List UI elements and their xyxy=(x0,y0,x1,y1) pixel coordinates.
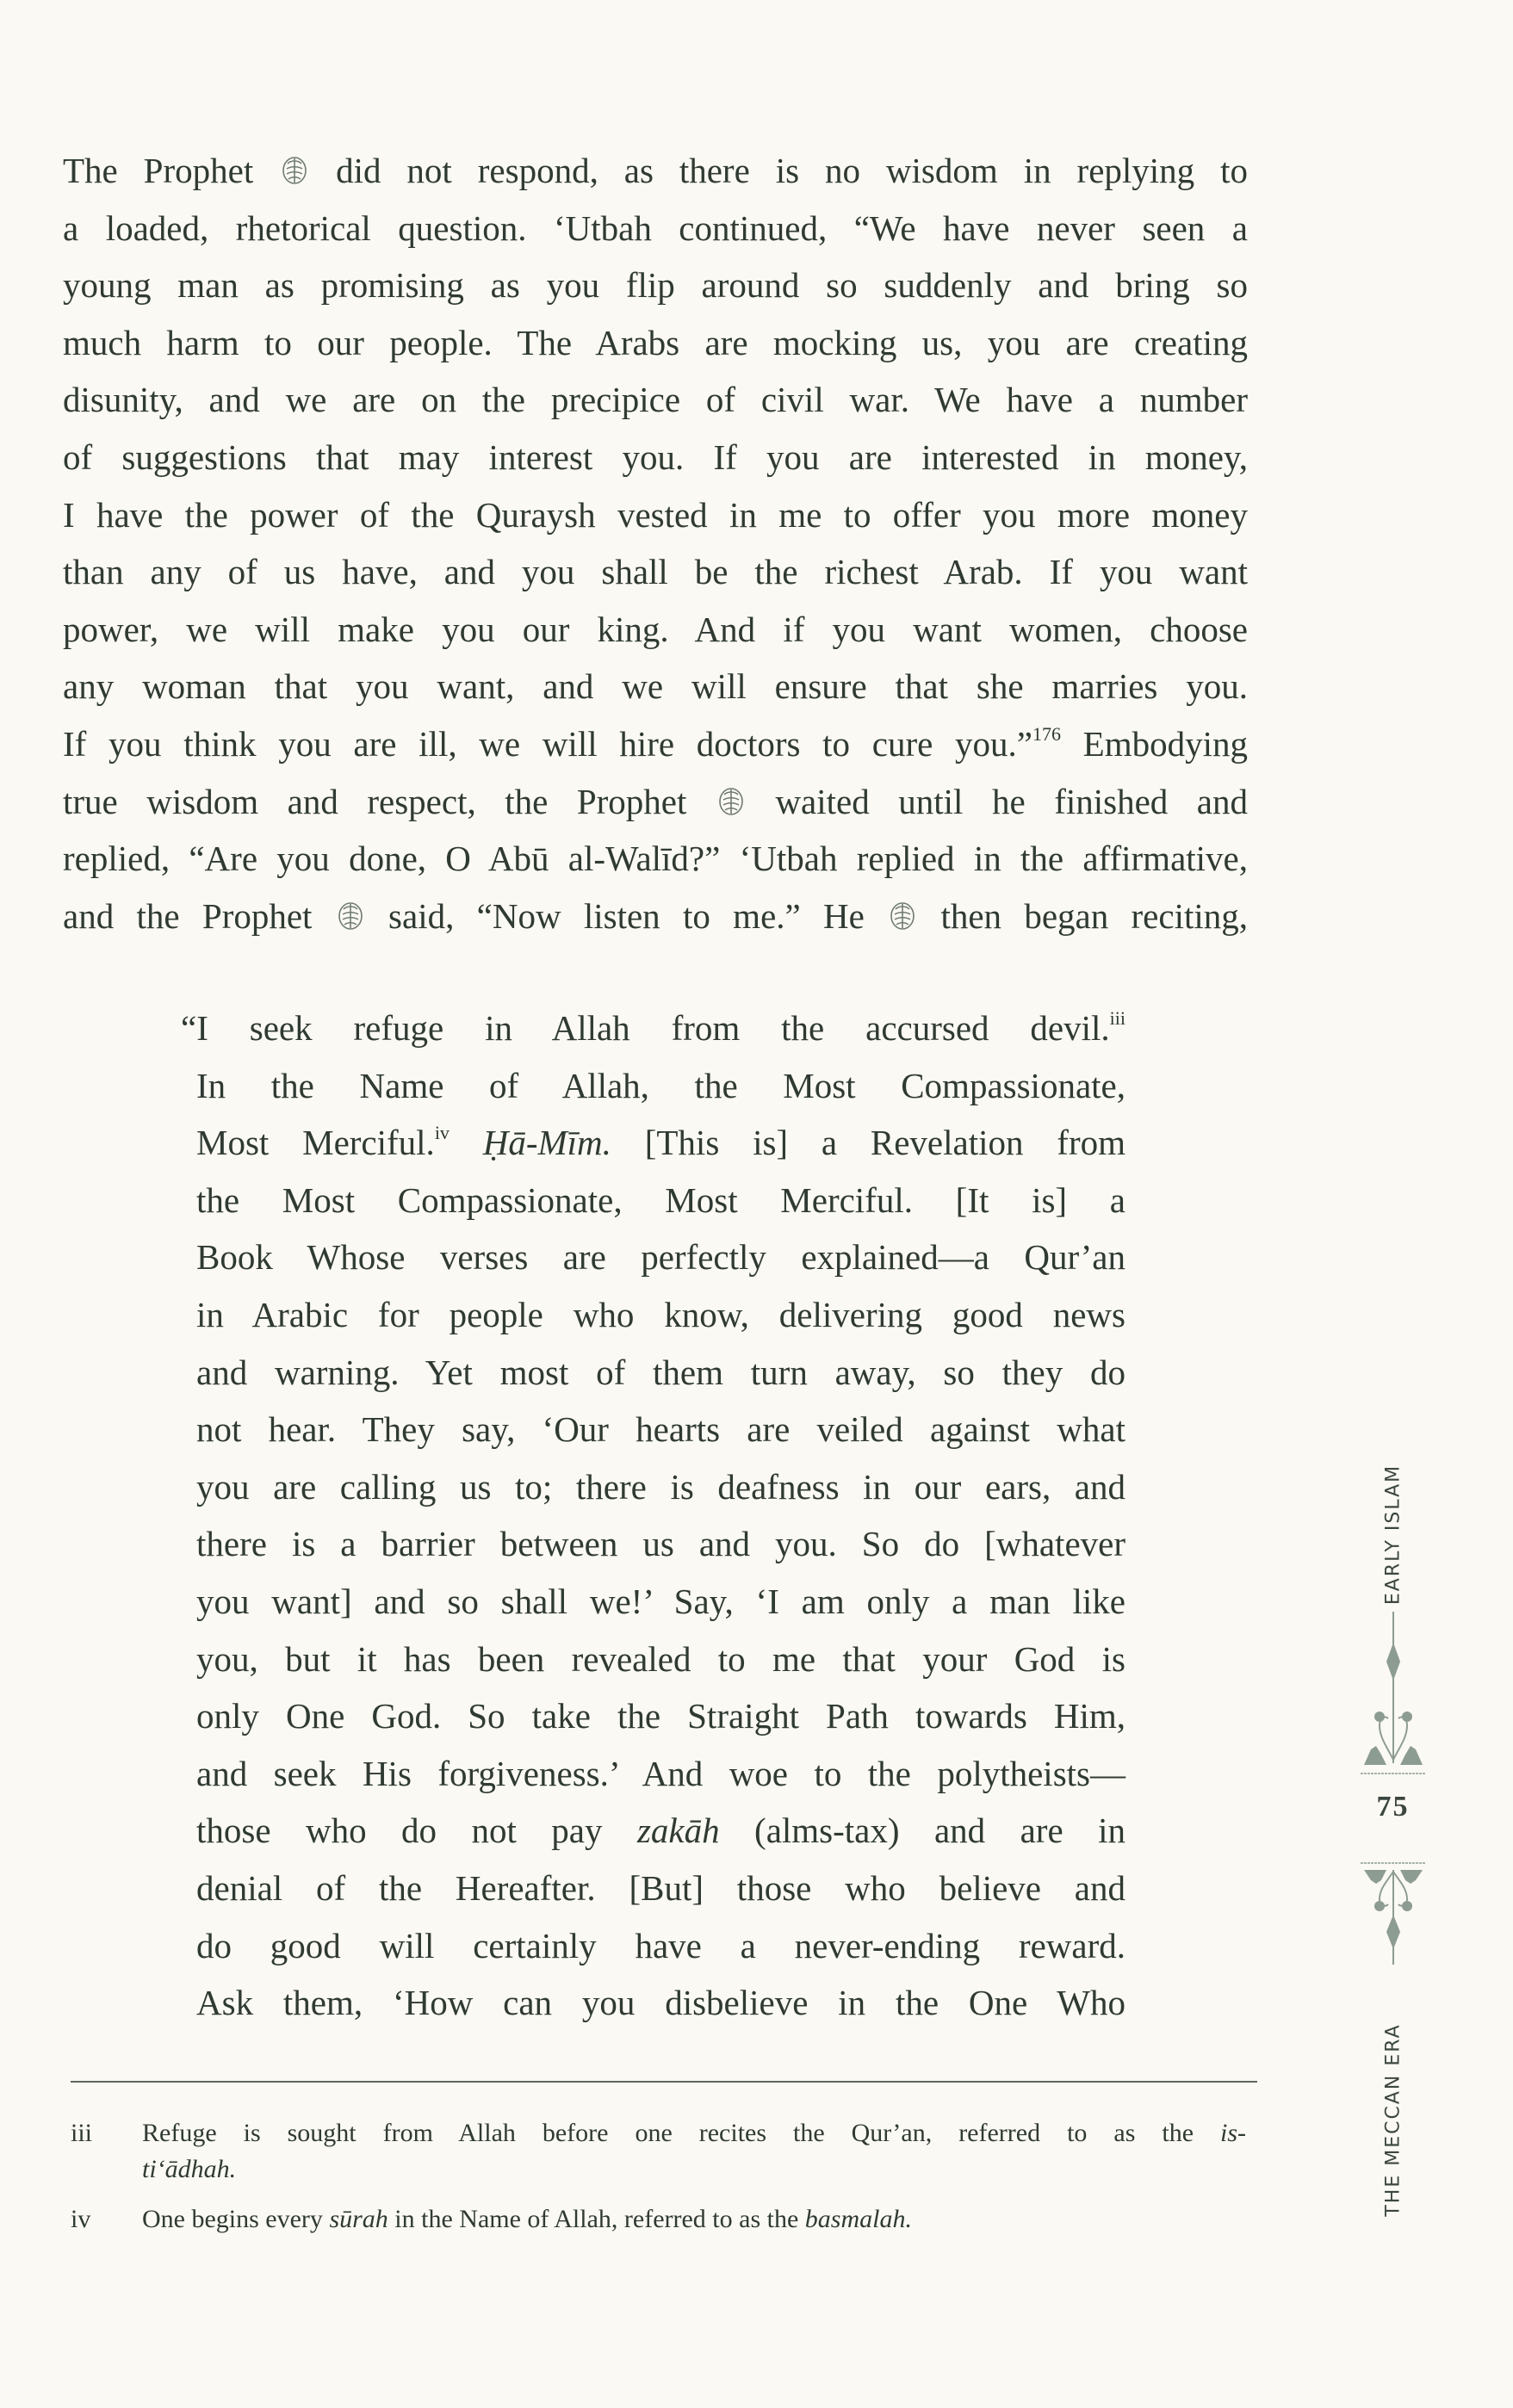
text-run: a loaded, rhetorical question. ‘Utbah co… xyxy=(63,208,1248,248)
quote-line: you want] and so shall we!’ Say, ‘I am o… xyxy=(181,1573,1125,1631)
text-run: Most Merciful. xyxy=(196,1123,435,1162)
footnote-marker: iii xyxy=(71,2115,142,2188)
text-run: and warning. Yet most of them turn away,… xyxy=(196,1353,1125,1392)
italic-term: sūrah xyxy=(329,2205,388,2233)
text-run xyxy=(450,1123,483,1162)
text-run: you want] and so shall we!’ Say, ‘I am o… xyxy=(196,1582,1125,1621)
text-run: not hear. They say, ‘Our hearts are veil… xyxy=(196,1409,1125,1449)
italic-term: basmalah. xyxy=(805,2205,912,2233)
italic-term: Ḥā-Mīm. xyxy=(483,1123,611,1162)
quote-line: Book Whose verses are perfectly explaine… xyxy=(181,1229,1125,1286)
footnote-line: Refuge is sought from Allah before one r… xyxy=(142,2115,1246,2151)
text-line: If you think you are ill, we will hire d… xyxy=(63,715,1248,773)
text-run: in Arabic for people who know, deliverin… xyxy=(196,1295,1125,1334)
quote-line: not hear. They say, ‘Our hearts are veil… xyxy=(181,1401,1125,1458)
text-run: (alms-tax) and are in xyxy=(720,1811,1125,1850)
quote-line: In the Name of Allah, the Most Compassio… xyxy=(181,1057,1125,1115)
salawat-honorific-icon xyxy=(717,786,745,817)
text-run: In the Name of Allah, the Most Compassio… xyxy=(196,1066,1125,1105)
text-run: true wisdom and respect, the Prophet xyxy=(63,782,716,821)
text-line: disunity, and we are on the precipice of… xyxy=(63,371,1248,429)
text-run: said, “Now listen to me.” He xyxy=(388,896,887,936)
quote-line: and seek His forgiveness.’ And woe to th… xyxy=(181,1745,1125,1803)
body-paragraph: The Prophet did not respond, as there is… xyxy=(63,142,1248,944)
text-run: young man as promising as you flip aroun… xyxy=(63,265,1248,305)
text-line: a loaded, rhetorical question. ‘Utbah co… xyxy=(63,200,1248,257)
footnote-reference[interactable]: iv xyxy=(435,1122,450,1143)
text-run: waited until he finished and xyxy=(775,782,1248,821)
text-run: you, but it has been revealed to me that… xyxy=(196,1639,1125,1679)
page-number: 75 xyxy=(1356,1791,1429,1823)
text-line: I have the power of the Quraysh vested i… xyxy=(63,486,1248,544)
text-run: “I seek refuge in Allah from the accurse… xyxy=(181,1008,1110,1048)
text-run: only One God. So take the Straight Path … xyxy=(196,1696,1125,1736)
text-run: If you think you are ill, we will hire d… xyxy=(63,724,1032,764)
text-run: than any of us have, and you shall be th… xyxy=(63,552,1248,591)
text-run: in the Name of Allah, referred to as the xyxy=(388,2205,805,2233)
text-line: The Prophet did not respond, as there is… xyxy=(63,142,1248,200)
quote-line: the Most Compassionate, Most Merciful. [… xyxy=(181,1172,1125,1229)
footnote-text: Refuge is sought from Allah before one r… xyxy=(142,2115,1246,2188)
quote-line: Ask them, ‘How can you disbelieve in the… xyxy=(181,1974,1125,2032)
text-run: Ask them, ‘How can you disbelieve in the… xyxy=(196,1983,1125,2022)
text-run: there is a barrier between us and you. S… xyxy=(196,1524,1125,1563)
text-line: of suggestions that may interest you. If… xyxy=(63,429,1248,486)
text-run: of suggestions that may interest you. If… xyxy=(63,437,1248,477)
quran-quote-block: “I seek refuge in Allah from the accurse… xyxy=(181,1000,1125,2032)
text-run: One begins every xyxy=(142,2205,329,2233)
text-line: replied, “Are you done, O Abū al-Walīd?”… xyxy=(63,830,1248,888)
quote-line: those who do not pay zakāh (alms-tax) an… xyxy=(181,1802,1125,1860)
text-run: did not respond, as there is no wisdom i… xyxy=(336,151,1248,190)
section-label: EARLY ISLAM xyxy=(1382,1464,1404,1605)
footnote-item: iiiRefuge is sought from Allah before on… xyxy=(71,2115,1246,2188)
text-run: then began reciting, xyxy=(940,896,1248,936)
text-line: than any of us have, and you shall be th… xyxy=(63,543,1248,601)
quote-line: do good will certainly have a never-endi… xyxy=(181,1917,1125,1975)
quote-line: “I seek refuge in Allah from the accurse… xyxy=(181,1000,1125,1057)
footnotes: iiiRefuge is sought from Allah before on… xyxy=(71,2115,1246,2251)
text-run: power, we will make you our king. And if… xyxy=(63,610,1248,649)
footnote-line: One begins every sūrah in the Name of Al… xyxy=(142,2201,1246,2238)
text-line: young man as promising as you flip aroun… xyxy=(63,257,1248,314)
text-run: disunity, and we are on the precipice of… xyxy=(63,380,1248,419)
quote-line: denial of the Hereafter. [But] those who… xyxy=(181,1860,1125,1917)
quote-line: and warning. Yet most of them turn away,… xyxy=(181,1344,1125,1402)
text-line: and the Prophet said, “Now listen to me.… xyxy=(63,888,1248,945)
quote-line: there is a barrier between us and you. S… xyxy=(181,1515,1125,1573)
quote-line: only One God. So take the Straight Path … xyxy=(181,1687,1125,1745)
text-run: you are calling us to; there is deafness… xyxy=(196,1467,1125,1507)
footnote-text: One begins every sūrah in the Name of Al… xyxy=(142,2201,1246,2238)
text-run: much harm to our people. The Arabs are m… xyxy=(63,323,1248,362)
text-run: Refuge is sought from Allah before one r… xyxy=(142,2119,1220,2147)
text-run: and the Prophet xyxy=(63,896,335,936)
italic-term: is- xyxy=(1220,2119,1246,2147)
footnote-item: ivOne begins every sūrah in the Name of … xyxy=(71,2201,1246,2238)
quote-line: in Arabic for people who know, deliverin… xyxy=(181,1286,1125,1344)
text-run: Embodying xyxy=(1061,724,1248,764)
quote-line: Most Merciful.iv Ḥā-Mīm. [This is] a Rev… xyxy=(181,1114,1125,1172)
text-run: do good will certainly have a never-endi… xyxy=(196,1926,1125,1965)
part-label: THE MECCAN ERA xyxy=(1382,2023,1404,2216)
salawat-honorific-icon xyxy=(889,901,916,932)
salawat-honorific-icon xyxy=(337,901,364,932)
text-line: much harm to our people. The Arabs are m… xyxy=(63,314,1248,372)
text-run: I have the power of the Quraysh vested i… xyxy=(63,495,1248,535)
book-page: The Prophet did not respond, as there is… xyxy=(0,0,1513,2408)
italic-term: ti‘ādhah. xyxy=(142,2155,236,2183)
footnote-separator-rule xyxy=(71,2081,1257,2083)
text-line: true wisdom and respect, the Prophet wai… xyxy=(63,773,1248,831)
text-run: The Prophet xyxy=(63,151,279,190)
salawat-honorific-icon xyxy=(281,155,308,186)
quote-line: you are calling us to; there is deafness… xyxy=(181,1458,1125,1516)
text-run: replied, “Are you done, O Abū al-Walīd?”… xyxy=(63,839,1248,878)
text-line: power, we will make you our king. And if… xyxy=(63,601,1248,659)
running-sidebar: EARLY ISLAM 75 xyxy=(1356,1464,1429,2238)
footnote-reference[interactable]: iii xyxy=(1110,1007,1125,1029)
text-run: [This is] a Revelation from xyxy=(611,1123,1125,1162)
footnote-reference[interactable]: 176 xyxy=(1032,723,1061,745)
footnote-marker: iv xyxy=(71,2201,142,2238)
footnote-line: ti‘ādhah. xyxy=(142,2151,1246,2188)
quote-line: you, but it has been revealed to me that… xyxy=(181,1631,1125,1688)
floral-ornament-icon xyxy=(1361,1608,1426,1777)
text-run: the Most Compassionate, Most Merciful. [… xyxy=(196,1180,1125,1220)
text-run: those who do not pay xyxy=(196,1811,637,1850)
text-line: any woman that you want, and we will ens… xyxy=(63,658,1248,715)
text-run: denial of the Hereafter. [But] those who… xyxy=(196,1868,1125,1908)
text-run: and seek His forgiveness.’ And woe to th… xyxy=(196,1754,1125,1793)
floral-ornament-icon xyxy=(1361,1861,1426,1966)
italic-term: zakāh xyxy=(637,1811,720,1850)
text-run: any woman that you want, and we will ens… xyxy=(63,666,1248,706)
text-run: Book Whose verses are perfectly explaine… xyxy=(196,1237,1125,1277)
